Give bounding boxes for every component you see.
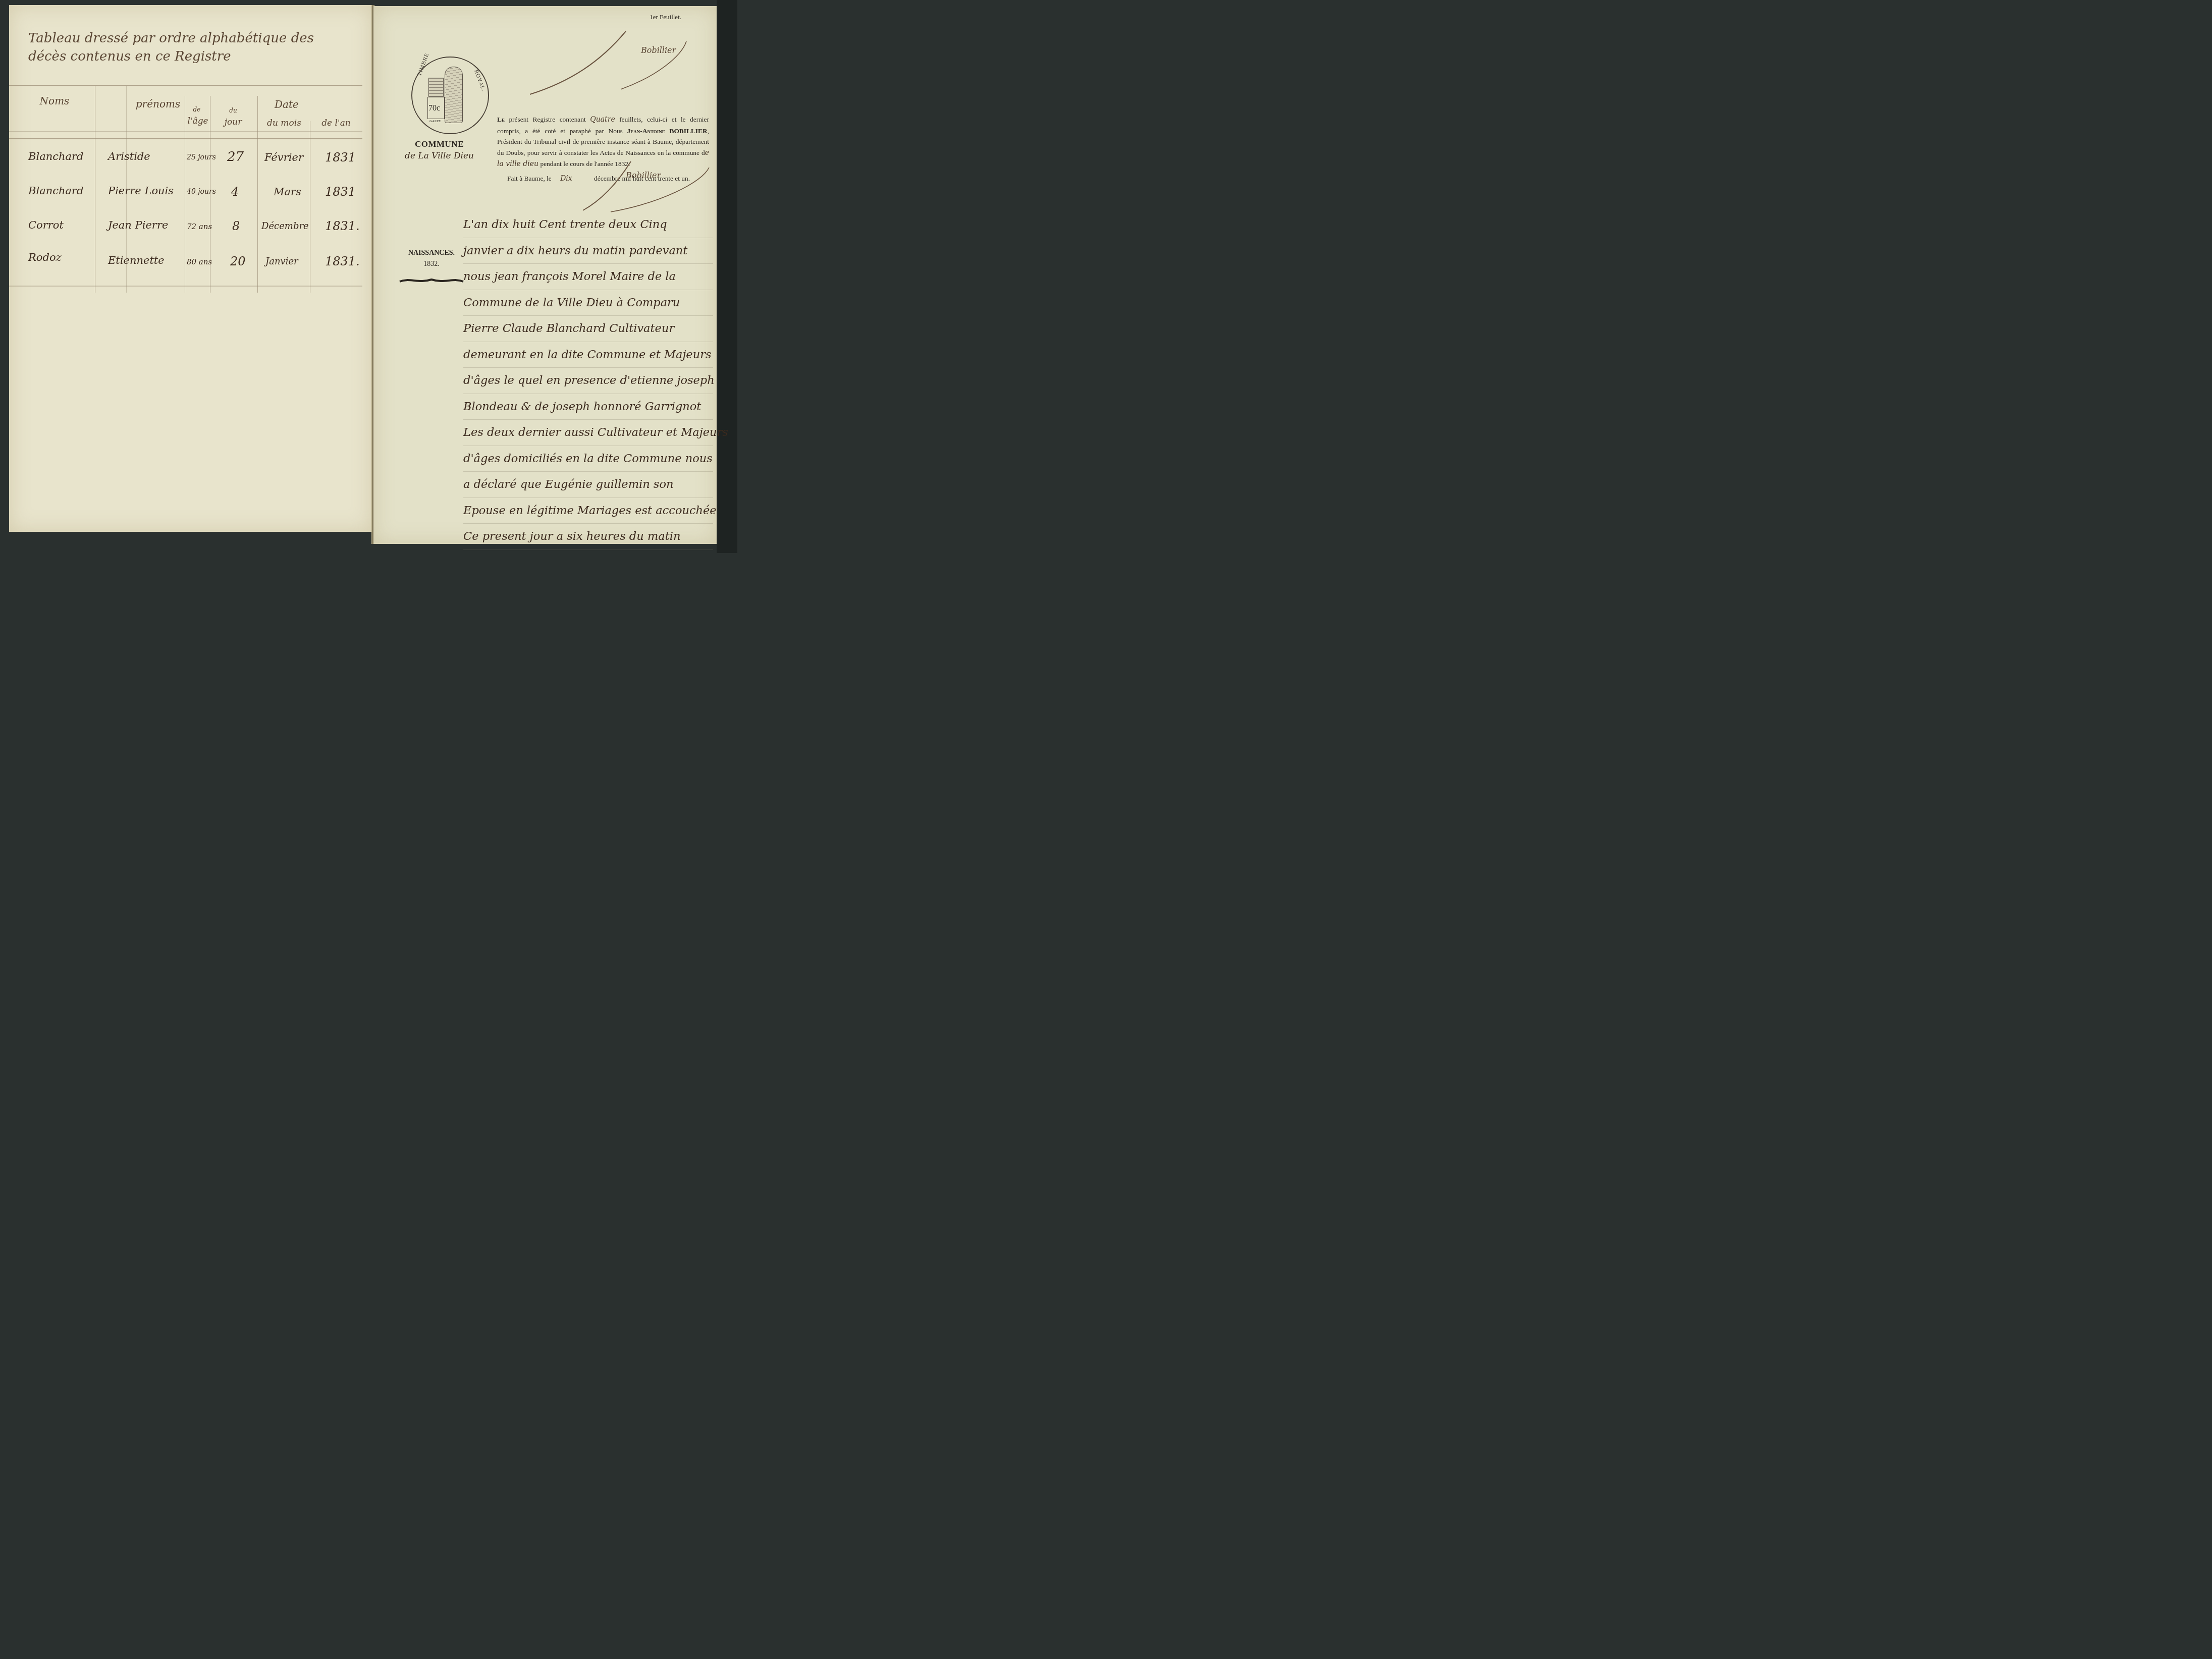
header-bottom-rule [9, 138, 362, 139]
index-title-line-1: Tableau dressé par ordre alphabétique de… [28, 29, 361, 47]
ornament-flourish-icon [399, 276, 464, 285]
header-jour-prefix: du [213, 107, 253, 114]
allegorical-figure-icon [445, 67, 463, 123]
birth-record-text: L'an dix huit Cent trente deux Cinq janv… [463, 212, 713, 553]
cell-mois: Mars [274, 186, 301, 198]
col-divider [95, 86, 95, 293]
record-line: nous jean françois Morel Maire de la [463, 264, 713, 290]
signature-flourish-top [525, 26, 691, 97]
index-title: Tableau dressé par ordre alphabétique de… [28, 29, 361, 66]
preamble-place: Fait à Baume, le [507, 175, 552, 182]
table-bottom-rule [9, 286, 362, 287]
header-jour: jour [213, 117, 253, 127]
section-year: 1832. [401, 260, 462, 268]
cell-an: 1831. [325, 219, 360, 233]
record-line: Les deux dernier aussi Cultivateur et Ma… [463, 420, 713, 446]
index-title-line-2: décès contenus en ce Registre [28, 47, 361, 66]
cell-an: 1831 [325, 150, 356, 164]
cell-mois: Décembre [261, 221, 309, 232]
stamp-text-left: TIMBRE [416, 52, 430, 77]
cell-nom: Blanchard [28, 150, 83, 162]
record-line: d'un Enfant femelle alaquel il a donné [463, 550, 713, 554]
header-rule [9, 131, 362, 132]
cell-prenoms: Pierre Louis [108, 185, 174, 197]
record-line: demeurant en la dite Commune et Majeurs [463, 342, 713, 368]
cell-mois: Janvier [265, 256, 298, 267]
col-divider [310, 121, 310, 293]
section-title: NAISSANCES. [408, 249, 455, 257]
signature-flourish-bottom [580, 157, 717, 213]
stamp-maker: GALTE [429, 119, 441, 123]
preamble-initial: Le [497, 116, 505, 123]
cell-nom: Corrot [28, 219, 64, 231]
stamp-value: 70c [428, 104, 440, 113]
header-mois: du mois [259, 118, 309, 128]
cell-age: 72 ans [187, 222, 212, 231]
cell-prenoms: Etiennette [108, 254, 165, 266]
record-line: Epouse en légitime Mariages est accouché… [463, 498, 713, 524]
cell-age: 40 jours [187, 188, 216, 196]
day-handwritten: Dix [560, 175, 572, 183]
sheet-count-handwritten: Quatre [590, 116, 615, 124]
left-page-death-index: Tableau dressé par ordre alphabétique de… [9, 5, 372, 532]
col-divider [185, 96, 185, 293]
record-line: d'âges le quel en presence d'etienne jos… [463, 368, 713, 394]
commune-label: COMMUNE [415, 139, 464, 149]
table-top-rule [9, 85, 362, 86]
header-age: l'âge [187, 116, 209, 126]
cell-an: 1831. [325, 254, 360, 268]
cell-prenoms: Aristide [108, 150, 150, 162]
cell-age: 80 ans [187, 257, 212, 266]
stamp-text-right: ROYAL. [473, 69, 487, 93]
cell-nom: Blanchard [28, 185, 83, 197]
record-line: Ce present jour a six heures du matin [463, 524, 713, 550]
commune-name: de La Ville Dieu [405, 151, 474, 161]
signature-top: Bobillier [641, 45, 676, 55]
record-line: L'an dix huit Cent trente deux Cinq [463, 212, 713, 238]
header-an: de l'an [311, 118, 361, 128]
header-date: Date [266, 98, 307, 110]
royal-stamp: TIMBRE ROYAL. 70c GALTE [411, 57, 489, 134]
col-divider [257, 96, 258, 293]
cell-nom: Rodoz [28, 251, 62, 263]
margin-section-label: NAISSANCES. 1832. [401, 249, 462, 268]
header-prenoms: prénoms [130, 98, 186, 110]
cell-jour: 27 [227, 149, 244, 164]
record-line: Commune de la Ville Dieu à Comparu [463, 290, 713, 316]
president-name: Jean-Antoine BOBILLIER [627, 127, 708, 135]
header-age-prefix: de [187, 106, 207, 113]
record-line: Blondeau & de joseph honnoré Garrignot [463, 394, 713, 420]
law-tablet-icon [428, 78, 444, 97]
record-line: Pierre Claude Blanchard Cultivateur [463, 316, 713, 342]
scanner-background [717, 0, 737, 553]
cell-an: 1831 [325, 185, 356, 199]
record-line: d'âges domiciliés en la dite Commune nou… [463, 446, 713, 472]
cell-mois: Février [264, 151, 303, 163]
right-page-birth-register: 1er Feuillet. Bobillier TIMBRE ROYAL. 70… [373, 6, 717, 544]
record-line: janvier a dix heurs du matin pardevant [463, 238, 713, 264]
cell-jour: 20 [230, 254, 246, 268]
header-noms: Noms [29, 95, 80, 107]
record-line: a déclaré que Eugénie guillemin son [463, 472, 713, 498]
sheet-number: 1er Feuillet. [650, 13, 681, 21]
cell-age: 25 jours [187, 153, 216, 161]
cell-prenoms: Jean Pierre [108, 219, 168, 231]
cell-jour: 4 [231, 185, 239, 199]
preamble-text: présent Registre contenant [509, 116, 585, 123]
cell-jour: 8 [232, 219, 240, 233]
signature-bottom: Bobillier [626, 171, 661, 180]
